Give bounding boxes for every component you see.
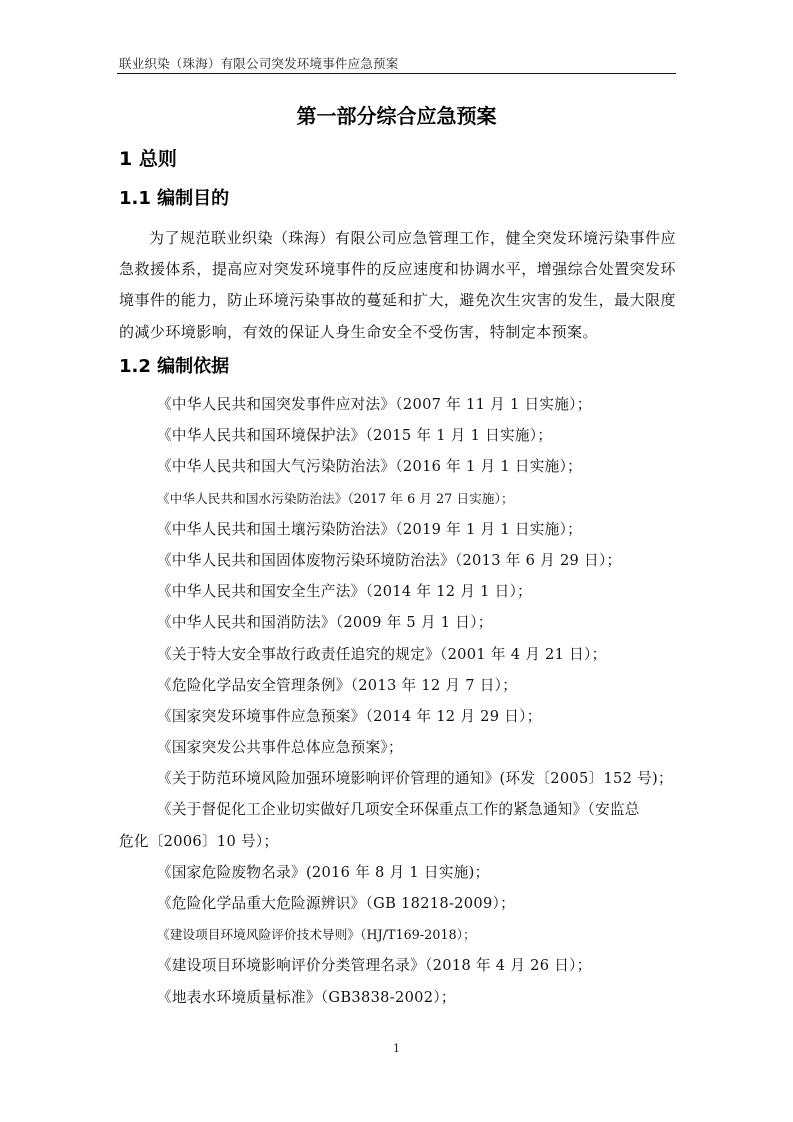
reference-item: 《危险化学品重大危险源辨识》（GB 18218-2009）；: [119, 888, 679, 919]
section-heading-basis: 1.2 编制依据: [119, 354, 229, 380]
reference-list: 《中华人民共和国突发事件应对法》（2007 年 11 月 1 日实施）； 《中华…: [119, 389, 679, 1013]
header-divider: [117, 73, 676, 74]
reference-item: 《关于特大安全事故行政责任追究的规定》（2001 年 4 月 21 日）；: [119, 639, 679, 670]
reference-item: 《中华人民共和国土壤污染防治法》（2019 年 1 月 1 日实施）；: [119, 514, 679, 545]
reference-item: 《地表水环境质量标准》（GB3838-2002）；: [119, 982, 679, 1013]
reference-item: 《中华人民共和国突发事件应对法》（2007 年 11 月 1 日实施）；: [119, 389, 679, 420]
reference-line: 《关于督促化工企业切实做好几项安全环保重点工作的紧急通知》（安监总: [119, 794, 679, 825]
reference-item: 《国家危险废物名录》(2016 年 8 月 1 日实施)；: [119, 857, 679, 888]
reference-item: 《中华人民共和国水污染防治法》（2017 年 6 月 27 日实施）；: [119, 483, 679, 514]
reference-item: 《危险化学品安全管理条例》（2013 年 12 月 7 日）；: [119, 670, 679, 701]
page-number: 1: [0, 1042, 793, 1056]
reference-item: 《建设项目环境风险评价技术导则》（HJ/T169-2018）；: [119, 919, 679, 950]
reference-item: 《中华人民共和国环境保护法》（2015 年 1 月 1 日实施）；: [119, 420, 679, 451]
reference-item-multiline: 《关于督促化工企业切实做好几项安全环保重点工作的紧急通知》（安监总 危化〔200…: [119, 794, 679, 856]
reference-line-continuation: 危化〔2006〕10 号）；: [119, 826, 679, 857]
reference-item: 《中华人民共和国固体废物污染环境防治法》（2013 年 6 月 29 日）；: [119, 545, 679, 576]
reference-item: 《中华人民共和国消防法》（2009 年 5 月 1 日）；: [119, 607, 679, 638]
purpose-paragraph: 为了规范联业织染（珠海）有限公司应急管理工作，健全突发环境污染事件应急救援体系，…: [119, 223, 676, 348]
reference-item: 《国家突发环境事件应急预案》（2014 年 12 月 29 日）；: [119, 701, 679, 732]
section-heading-purpose: 1.1 编制目的: [119, 186, 229, 212]
reference-item: 《建设项目环境影响评价分类管理名录》（2018 年 4 月 26 日）；: [119, 950, 679, 981]
reference-item: 《中华人民共和国安全生产法》（2014 年 12 月 1 日）；: [119, 576, 679, 607]
document-page: 联业织染（珠海）有限公司突发环境事件应急预案 第一部分综合应急预案 1 总则 1…: [0, 0, 793, 1122]
running-header: 联业织染（珠海）有限公司突发环境事件应急预案: [119, 56, 676, 72]
reference-item: 《国家突发公共事件总体应急预案》；: [119, 732, 679, 763]
part-title: 第一部分综合应急预案: [117, 102, 676, 130]
reference-item: 《关于防范环境风险加强环境影响评价管理的通知》(环发〔2005〕152 号)；: [119, 763, 679, 794]
section-heading-general: 1 总则: [119, 145, 177, 173]
reference-item: 《中华人民共和国大气污染防治法》（2016 年 1 月 1 日实施）；: [119, 451, 679, 482]
